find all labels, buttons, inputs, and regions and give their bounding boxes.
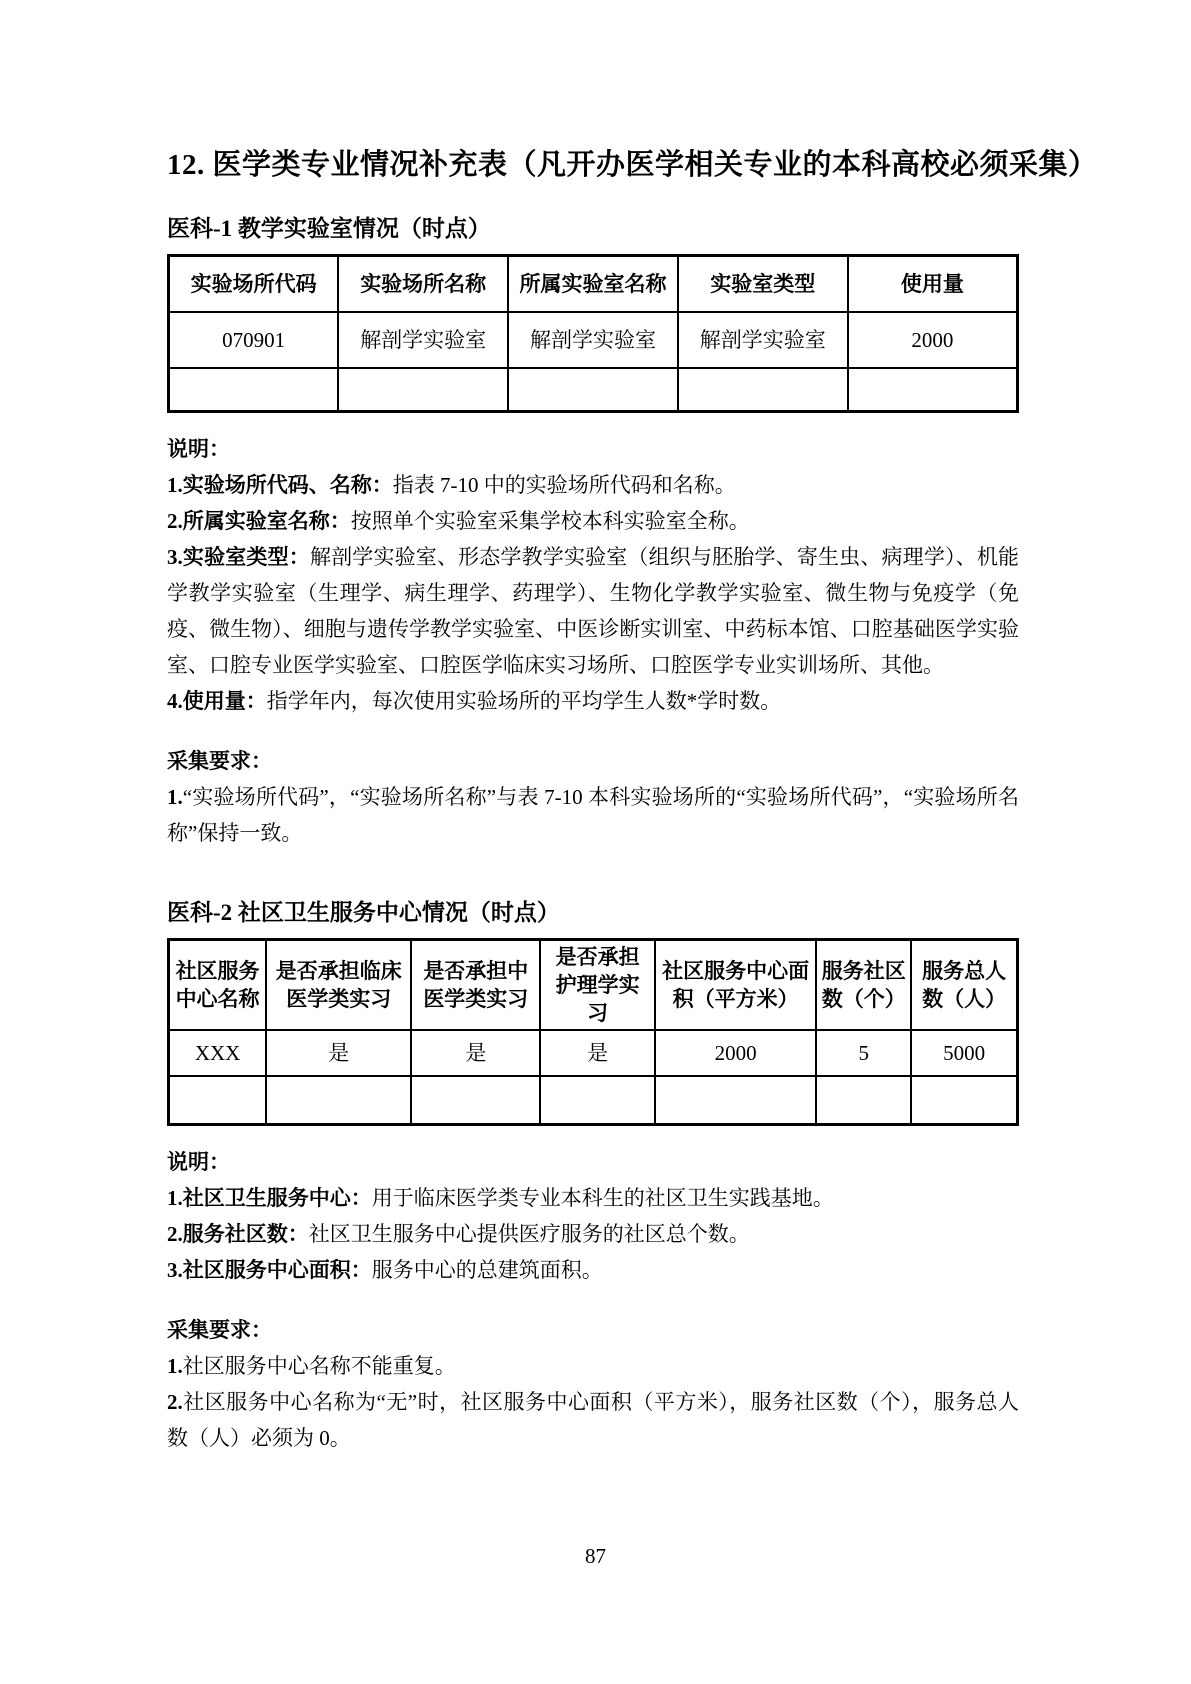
community-health-center-table: 社区服务中心名称 是否承担临床医学类实习 是否承担中医学类实习 是否承担护理学实… — [167, 938, 1019, 1126]
document-content: 12. 医学类专业情况补充表（凡开办医学相关专业的本科高校必须采集） 医科-1 … — [167, 0, 1019, 1456]
note-item-label: 3.社区服务中心面积： — [167, 1258, 372, 1282]
cell-empty — [169, 1076, 267, 1124]
cell-center-name: XXX — [169, 1030, 267, 1076]
cell-empty — [848, 368, 1018, 412]
cell-empty — [411, 1076, 540, 1124]
cell-empty — [816, 1076, 911, 1124]
col-header-people-served: 服务总人数（人） — [911, 940, 1017, 1031]
cell-center-area: 2000 — [655, 1030, 816, 1076]
requirement-item-text: 社区服务中心名称不能重复。 — [183, 1354, 456, 1378]
col-header-communities-served: 服务社区数（个） — [816, 940, 911, 1031]
col-header-usage: 使用量 — [848, 256, 1018, 312]
col-header-tcm-internship: 是否承担中医学类实习 — [411, 940, 540, 1031]
note-item: 2.服务社区数：社区卫生服务中心提供医疗服务的社区总个数。 — [167, 1216, 1019, 1252]
cell-usage: 2000 — [848, 312, 1018, 368]
requirement-item-label: 1. — [167, 785, 183, 809]
note-item-text: 指表 7-10 中的实验场所代码和名称。 — [393, 473, 736, 497]
col-header-lab-name: 所属实验室名称 — [508, 256, 678, 312]
col-header-lab-type: 实验室类型 — [678, 256, 848, 312]
cell-empty — [508, 368, 678, 412]
cell-nursing-internship: 是 — [540, 1030, 655, 1076]
cell-site-name: 解剖学实验室 — [338, 312, 508, 368]
note-item-label: 2.服务社区数： — [167, 1222, 309, 1246]
teaching-lab-table: 实验场所代码 实验场所名称 所属实验室名称 实验室类型 使用量 070901 解… — [167, 254, 1019, 413]
requirements-label: 采集要求： — [167, 743, 1019, 779]
table-header-row: 实验场所代码 实验场所名称 所属实验室名称 实验室类型 使用量 — [169, 256, 1018, 312]
cell-empty — [169, 368, 339, 412]
note-item-label: 2.所属实验室名称： — [167, 509, 351, 533]
requirement-item-label: 2. — [167, 1390, 183, 1414]
cell-people-served: 5000 — [911, 1030, 1017, 1076]
section1-heading: 医科-1 教学实验室情况（时点） — [167, 213, 1019, 245]
requirements-label: 采集要求： — [167, 1312, 1019, 1348]
col-header-site-name: 实验场所名称 — [338, 256, 508, 312]
requirement-item-text: “实验场所代码”，“实验场所名称”与表 7-10 本科实验场所的“实验场所代码”… — [167, 785, 1019, 845]
cell-empty — [266, 1076, 411, 1124]
table-header-row: 社区服务中心名称 是否承担临床医学类实习 是否承担中医学类实习 是否承担护理学实… — [169, 940, 1018, 1031]
note-item-text: 指学年内，每次使用实验场所的平均学生人数*学时数。 — [267, 689, 782, 713]
cell-lab-type: 解剖学实验室 — [678, 312, 848, 368]
requirement-item-label: 1. — [167, 1354, 183, 1378]
note-item-text: 用于临床医学类专业本科生的社区卫生实践基地。 — [372, 1186, 834, 1210]
cell-site-code: 070901 — [169, 312, 339, 368]
note-item-label: 3.实验室类型： — [167, 545, 310, 569]
table-row: 070901 解剖学实验室 解剖学实验室 解剖学实验室 2000 — [169, 312, 1018, 368]
page-title: 12. 医学类专业情况补充表（凡开办医学相关专业的本科高校必须采集） — [167, 0, 1019, 185]
note-item-text: 服务中心的总建筑面积。 — [372, 1258, 603, 1282]
col-header-clinical-internship: 是否承担临床医学类实习 — [266, 940, 411, 1031]
note-item-label: 4.使用量： — [167, 689, 267, 713]
note-item-text: 按照单个实验室采集学校本科实验室全称。 — [351, 509, 750, 533]
section-yike-2: 医科-2 社区卫生服务中心情况（时点） 社区服务中心名称 是否承担临床医学类实习… — [167, 897, 1019, 1456]
col-header-site-code: 实验场所代码 — [169, 256, 339, 312]
requirement-item-text: 社区服务中心名称为“无”时，社区服务中心面积（平方米），服务社区数（个），服务总… — [167, 1390, 1019, 1450]
cell-communities-served: 5 — [816, 1030, 911, 1076]
cell-empty — [911, 1076, 1017, 1124]
cell-lab-name: 解剖学实验室 — [508, 312, 678, 368]
cell-clinical-internship: 是 — [266, 1030, 411, 1076]
note-item: 2.所属实验室名称：按照单个实验室采集学校本科实验室全称。 — [167, 503, 1019, 539]
cell-empty — [678, 368, 848, 412]
table-row-empty — [169, 1076, 1018, 1124]
note-item: 3.社区服务中心面积：服务中心的总建筑面积。 — [167, 1252, 1019, 1288]
notes-label: 说明： — [167, 431, 1019, 467]
notes-label: 说明： — [167, 1144, 1019, 1180]
requirement-item: 1.社区服务中心名称不能重复。 — [167, 1348, 1019, 1384]
cell-empty — [655, 1076, 816, 1124]
note-item: 1.实验场所代码、名称：指表 7-10 中的实验场所代码和名称。 — [167, 467, 1019, 503]
note-item-label: 1.社区卫生服务中心： — [167, 1186, 372, 1210]
cell-empty — [540, 1076, 655, 1124]
section2-heading: 医科-2 社区卫生服务中心情况（时点） — [167, 897, 1019, 929]
note-item: 3.实验室类型：解剖学实验室、形态学教学实验室（组织与胚胎学、寄生虫、病理学）、… — [167, 539, 1019, 683]
requirement-item: 2.社区服务中心名称为“无”时，社区服务中心面积（平方米），服务社区数（个），服… — [167, 1384, 1019, 1456]
col-header-center-area: 社区服务中心面积（平方米） — [655, 940, 816, 1031]
requirement-item: 1.“实验场所代码”，“实验场所名称”与表 7-10 本科实验场所的“实验场所代… — [167, 779, 1019, 851]
section-yike-1: 医科-1 教学实验室情况（时点） 实验场所代码 实验场所名称 所属实验室名称 实… — [167, 213, 1019, 851]
note-item: 1.社区卫生服务中心：用于临床医学类专业本科生的社区卫生实践基地。 — [167, 1180, 1019, 1216]
note-item-text: 社区卫生服务中心提供医疗服务的社区总个数。 — [309, 1222, 750, 1246]
table-row-empty — [169, 368, 1018, 412]
page-number: 87 — [0, 1542, 1191, 1570]
cell-empty — [338, 368, 508, 412]
cell-tcm-internship: 是 — [411, 1030, 540, 1076]
table-row: XXX 是 是 是 2000 5 5000 — [169, 1030, 1018, 1076]
col-header-nursing-internship: 是否承担护理学实习 — [540, 940, 655, 1031]
note-item-label: 1.实验场所代码、名称： — [167, 473, 393, 497]
note-item: 4.使用量：指学年内，每次使用实验场所的平均学生人数*学时数。 — [167, 683, 1019, 719]
col-header-center-name: 社区服务中心名称 — [169, 940, 267, 1031]
